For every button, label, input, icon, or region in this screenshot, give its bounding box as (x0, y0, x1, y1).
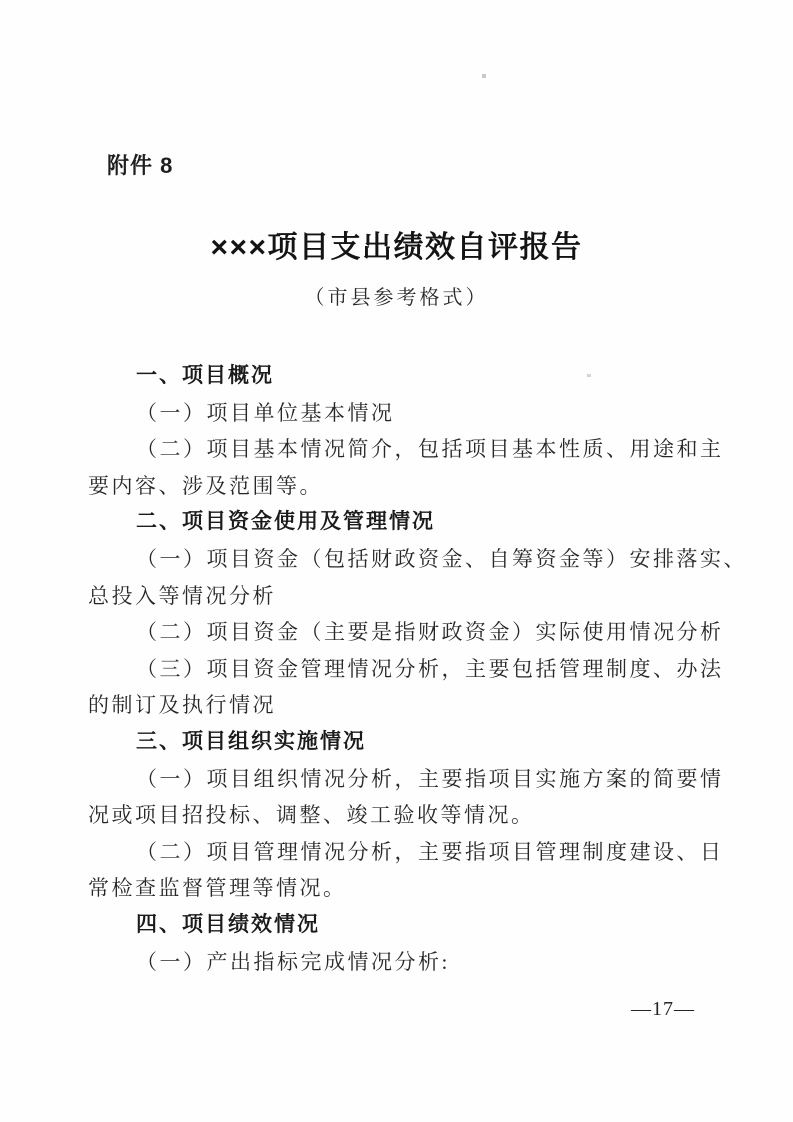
body-text-line: （一）产出指标完成情况分析: (88, 944, 728, 981)
document-subtitle: （市县参考格式） (0, 281, 793, 310)
body-text-line: 常检查监督管理等情况。 (88, 870, 728, 907)
body-text-line: （二）项目资金（主要是指财政资金）实际使用情况分析 (88, 614, 728, 651)
section-heading: 一、项目概况 (88, 358, 728, 395)
body-text-line: 况或项目招投标、调整、竣工验收等情况。 (88, 797, 728, 834)
body-text-line: （二）项目基本情况简介，包括项目基本性质、用途和主 (88, 431, 728, 468)
section-heading: 四、项目绩效情况 (88, 907, 728, 944)
scan-speck (482, 74, 486, 78)
document-page: 附件 8 ×××项目支出绩效自评报告 （市县参考格式） 一、项目概况（一）项目单… (0, 0, 793, 1122)
body-text-line: （一）项目单位基本情况 (88, 395, 728, 432)
body-text-line: 要内容、涉及范围等。 (88, 468, 728, 505)
page-number: —17— (631, 998, 695, 1021)
document-title: ×××项目支出绩效自评报告 (0, 222, 793, 266)
body-text-line: （三）项目资金管理情况分析，主要包括管理制度、办法 (88, 651, 728, 688)
body-text-line: 总投入等情况分析 (88, 578, 728, 615)
section-heading: 三、项目组织实施情况 (88, 724, 728, 761)
document-body: 一、项目概况（一）项目单位基本情况（二）项目基本情况简介，包括项目基本性质、用途… (88, 358, 728, 980)
body-text-line: 的制订及执行情况 (88, 687, 728, 724)
section-heading: 二、项目资金使用及管理情况 (88, 504, 728, 541)
body-text-line: （二）项目管理情况分析，主要指项目管理制度建设、日 (88, 834, 728, 871)
body-text-line: （一）项目资金（包括财政资金、自筹资金等）安排落实、 (88, 541, 728, 578)
body-text-line: （一）项目组织情况分析，主要指项目实施方案的简要情 (88, 761, 728, 798)
attachment-label: 附件 8 (107, 149, 173, 180)
